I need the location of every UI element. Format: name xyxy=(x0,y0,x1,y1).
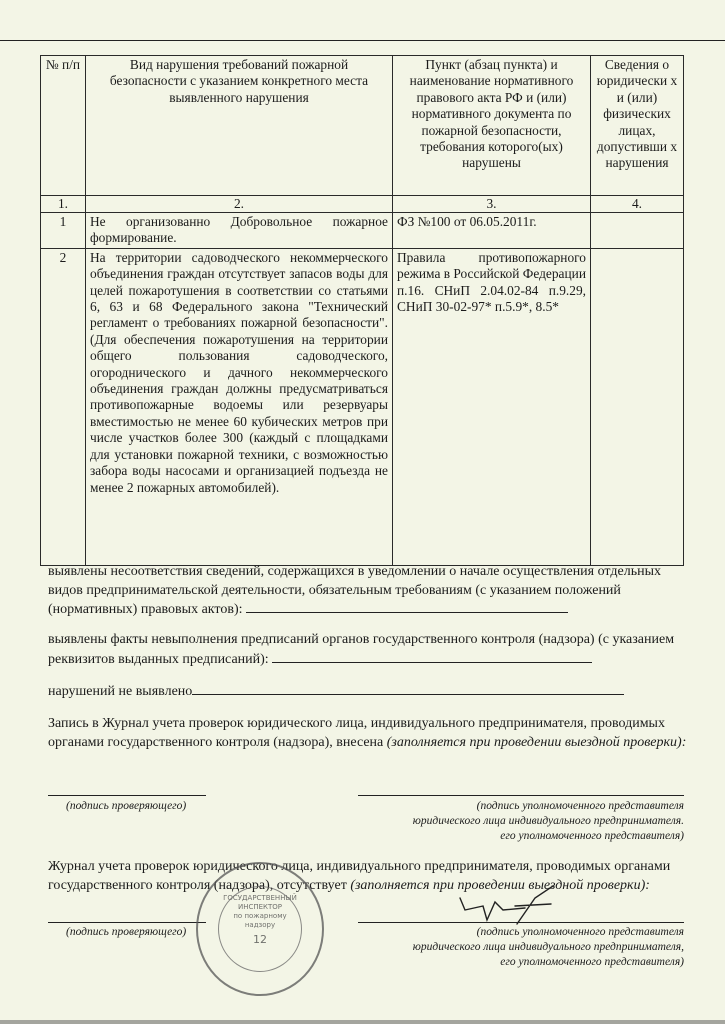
header-regulation: Пункт (абзац пункта) и наименование норм… xyxy=(393,56,591,196)
inspector-signature-line xyxy=(48,922,206,923)
row-number: 2 xyxy=(41,248,86,565)
header-violation: Вид нарушения требований пожарной безопа… xyxy=(86,56,393,196)
notice-mismatch-blank xyxy=(246,600,568,613)
journal-entry-section: Запись в Журнал учета проверок юридическ… xyxy=(48,715,688,752)
column-number: 2. xyxy=(86,196,393,213)
regulation-cell: ФЗ №100 от 06.05.2011г. xyxy=(393,213,591,249)
journal-absent-section: Журнал учета проверок юридического лица,… xyxy=(48,858,688,895)
handwritten-signature-icon xyxy=(455,880,565,935)
page-bottom-edge xyxy=(0,1020,725,1024)
caption-line: юридического лица индивидуального предпр… xyxy=(330,814,684,829)
journal-entry-note: (заполняется при проведении выездной про… xyxy=(387,735,687,750)
header-responsible: Сведения о юридически х и (или) физическ… xyxy=(591,56,684,196)
column-number: 1. xyxy=(41,196,86,213)
responsible-cell xyxy=(591,248,684,565)
header-number: № п/п xyxy=(41,56,86,196)
inspector-signature-caption: (подпись проверяющего) xyxy=(66,799,266,814)
responsible-cell xyxy=(591,213,684,249)
column-number: 4. xyxy=(591,196,684,213)
no-violations-section: нарушений не выявлено xyxy=(48,682,688,702)
caption-line: его уполномоченного представителя) xyxy=(330,829,684,844)
representative-signature-line xyxy=(358,795,684,796)
notice-mismatch-section: выявлены несоответствия сведений, содерж… xyxy=(48,563,688,620)
stamp-text: ГОСУДАРСТВЕННЫЙ ИНСПЕКТОР по пожарному н… xyxy=(198,894,322,947)
unfulfilled-orders-section: выявлены факты невыполнения предписаний … xyxy=(48,631,688,669)
column-number-row: 1. 2. 3. 4. xyxy=(41,196,684,213)
violation-cell: На территории садоводческого некоммерчес… xyxy=(86,248,393,565)
table-row: 1 Не организованно Добровольное пожарное… xyxy=(41,213,684,249)
table-row: 2 На территории садоводческого некоммерч… xyxy=(41,248,684,565)
caption-line: его уполномоченного представителя) xyxy=(330,955,684,970)
regulation-cell: Правила противопожарного режима в Россий… xyxy=(393,248,591,565)
inspector-signature-line xyxy=(48,795,206,796)
violation-cell: Не организованно Добровольное пожарное ф… xyxy=(86,213,393,249)
no-violations-blank xyxy=(192,682,624,695)
column-number: 3. xyxy=(393,196,591,213)
official-stamp: ГОСУДАРСТВЕННЫЙ ИНСПЕКТОР по пожарному н… xyxy=(196,862,324,996)
unfulfilled-orders-blank xyxy=(272,650,592,663)
stamp-line: ГОСУДАРСТВЕННЫЙ xyxy=(198,894,322,903)
row-number: 1 xyxy=(41,213,86,249)
caption-line: юридического лица индивидуального предпр… xyxy=(330,940,684,955)
no-violations-text: нарушений не выявлено xyxy=(48,684,192,699)
stamp-line: надзору xyxy=(198,921,322,930)
stamp-number: 12 xyxy=(198,933,322,947)
stamp-line: по пожарному xyxy=(198,912,322,921)
caption-line: (подпись уполномоченного представителя xyxy=(330,799,684,814)
stamp-line: ИНСПЕКТОР xyxy=(198,903,322,912)
table-header-row: № п/п Вид нарушения требований пожарной … xyxy=(41,56,684,196)
representative-signature-caption: (подпись уполномоченного представителя ю… xyxy=(330,799,684,844)
top-rule xyxy=(0,40,725,41)
violations-table: № п/п Вид нарушения требований пожарной … xyxy=(40,55,684,566)
